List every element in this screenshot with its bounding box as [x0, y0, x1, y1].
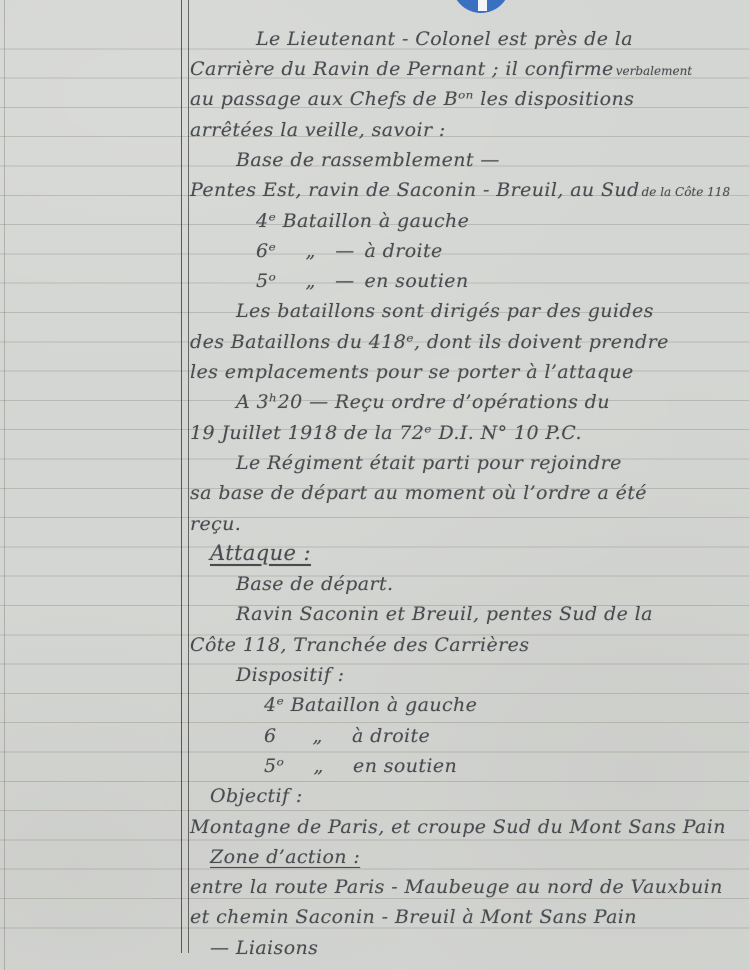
section-heading-liaisons: — Liaisons — [188, 929, 745, 959]
handwritten-line: Base de rassemblement — — [188, 142, 745, 172]
plus-badge-icon[interactable] — [452, 0, 510, 13]
handwritten-line: sa base de départ au moment où l’ordre a… — [188, 475, 745, 505]
handwritten-line: entre la route Paris - Maubeuge au nord … — [188, 869, 745, 899]
section-heading-objectif: Objectif : — [188, 778, 745, 808]
handwritten-line: Les bataillons sont dirigés par des guid… — [188, 293, 745, 323]
handwritten-line: Le Régiment était parti pour rejoindre — [188, 445, 745, 475]
section-heading-zone-daction: Zone d’action : — [188, 839, 745, 869]
handwritten-line: Carrière du Ravin de Pernant ; il confir… — [188, 51, 745, 81]
handwritten-text-block: Le Lieutenant - Colonel est près de la C… — [188, 21, 745, 960]
handwritten-line: au passage aux Chefs de Bᵒⁿ les disposit… — [188, 81, 745, 111]
handwritten-line: 4ᵉ Bataillon à gauche — [188, 202, 745, 232]
handwritten-line: Montagne de Paris, et croupe Sud du Mont… — [188, 808, 745, 838]
section-heading-attaque: Attaque : — [188, 536, 745, 566]
handwritten-line: 4ᵉ Bataillon à gauche — [188, 687, 745, 717]
handwritten-line: reçu. — [188, 505, 745, 535]
handwritten-line: Base de départ. — [188, 566, 745, 596]
handwritten-line: les emplacements pour se porter à l’atta… — [188, 354, 745, 384]
section-heading-dispositif: Dispositif : — [188, 657, 745, 687]
handwritten-line: 5ᵒ „ — en soutien — [188, 263, 745, 293]
handwritten-line: Pentes Est, ravin de Saconin - Breuil, a… — [188, 172, 745, 202]
left-edge-line — [4, 0, 5, 970]
handwritten-line: des Bataillons du 418ᵉ, dont ils doivent… — [188, 323, 745, 353]
handwritten-line: Côte 118, Tranchée des Carrières — [188, 626, 745, 656]
handwritten-line: 6 „ à droite — [188, 717, 745, 747]
handwritten-line: Ravin Saconin et Breuil, pentes Sud de l… — [188, 596, 745, 626]
handwritten-line: Le Lieutenant - Colonel est près de la — [188, 21, 745, 51]
handwritten-line: arrêtées la veille, savoir : — [188, 111, 745, 141]
plus-badge-glyph — [478, 0, 487, 11]
handwritten-line: et chemin Saconin - Breuil à Mont Sans P… — [188, 899, 745, 929]
scanned-war-diary-page: { "overlay": { "badge_color": "#3a70c0",… — [0, 0, 749, 970]
handwritten-line: 6ᵉ „ — à droite — [188, 233, 745, 263]
handwritten-line: 5ᵒ „ en soutien — [188, 748, 745, 778]
handwritten-line: 19 Juillet 1918 de la 72ᵉ D.I. N° 10 P.C… — [188, 414, 745, 444]
handwritten-line: A 3ʰ20 — Reçu ordre d’opérations du — [188, 384, 745, 414]
